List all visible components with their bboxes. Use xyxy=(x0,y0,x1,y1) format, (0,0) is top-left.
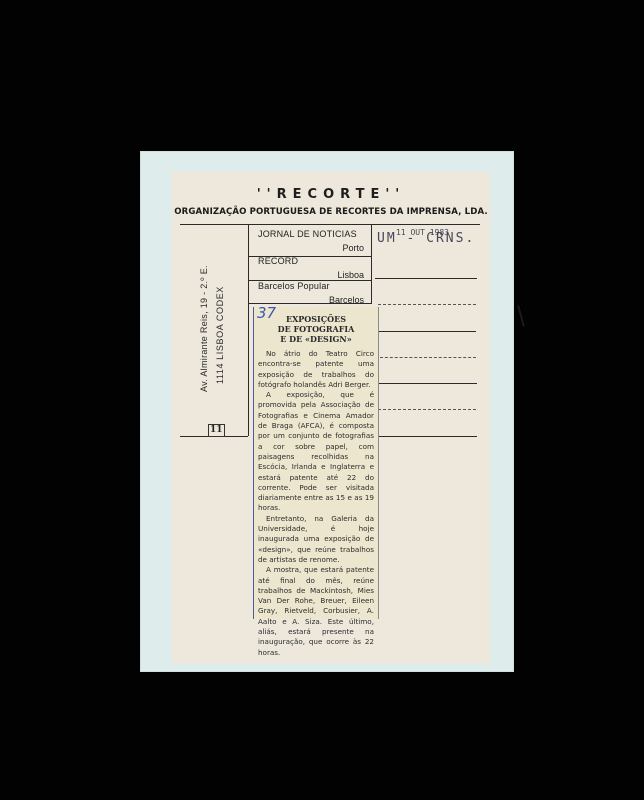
clipping-paragraph: A mostra, que estará patente até final d… xyxy=(258,565,374,658)
page-number-box: 11 xyxy=(208,424,225,437)
agency-address: Av. Almirante Reis, 19 - 2.º E. xyxy=(199,265,209,392)
stamp-area-dashed-rule xyxy=(380,357,476,358)
publication-name: Barcelos Popular xyxy=(258,281,330,291)
header-rule xyxy=(180,224,480,225)
publication-name: JORNAL DE NOTICIAS xyxy=(258,229,357,239)
agency-subtitle: ORGANIZAÇÃO PORTUGUESA DE RECORTES DA IM… xyxy=(172,207,490,217)
clipping-headline: EXPOSIÇÕES DE FOTOGRAFIA E DE «DESIGN» xyxy=(255,314,377,344)
stamp-area-dashed-rule xyxy=(378,304,476,305)
publication-city: Porto xyxy=(342,243,364,253)
headline-line: DE FOTOGRAFIA xyxy=(255,324,377,334)
publication-city: Lisboa xyxy=(337,270,364,280)
scan-artifact xyxy=(517,305,525,327)
stamp-code: UM - CRNS. xyxy=(377,231,475,246)
clipping-paragraph: A exposição, que é promovida pela Associ… xyxy=(258,390,374,514)
clipping-body: No átrio do Teatro Circo encontra-se pat… xyxy=(258,349,374,658)
publication-name: RECORD xyxy=(258,256,298,266)
agency-postal-code: 1114 LISBOA CODEX xyxy=(215,286,225,384)
stamp-area-rule xyxy=(374,331,476,332)
stamp-area-rule xyxy=(375,278,477,279)
publication-city: Barcelos xyxy=(329,295,364,305)
stamp-area-dashed-rule xyxy=(378,409,476,410)
headline-line: EXPOSIÇÕES xyxy=(255,314,377,324)
clipping-paragraph: Entretanto, na Galeria da Universidade, … xyxy=(258,514,374,565)
headline-line: E DE «DESIGN» xyxy=(255,334,377,344)
agency-title: ''RECORTE'' xyxy=(172,187,490,202)
stamp-area-rule xyxy=(374,383,477,384)
stamp-area-rule xyxy=(374,436,477,437)
publication-column-rule xyxy=(371,224,372,304)
clipping-paragraph: No átrio do Teatro Circo encontra-se pat… xyxy=(258,349,374,390)
